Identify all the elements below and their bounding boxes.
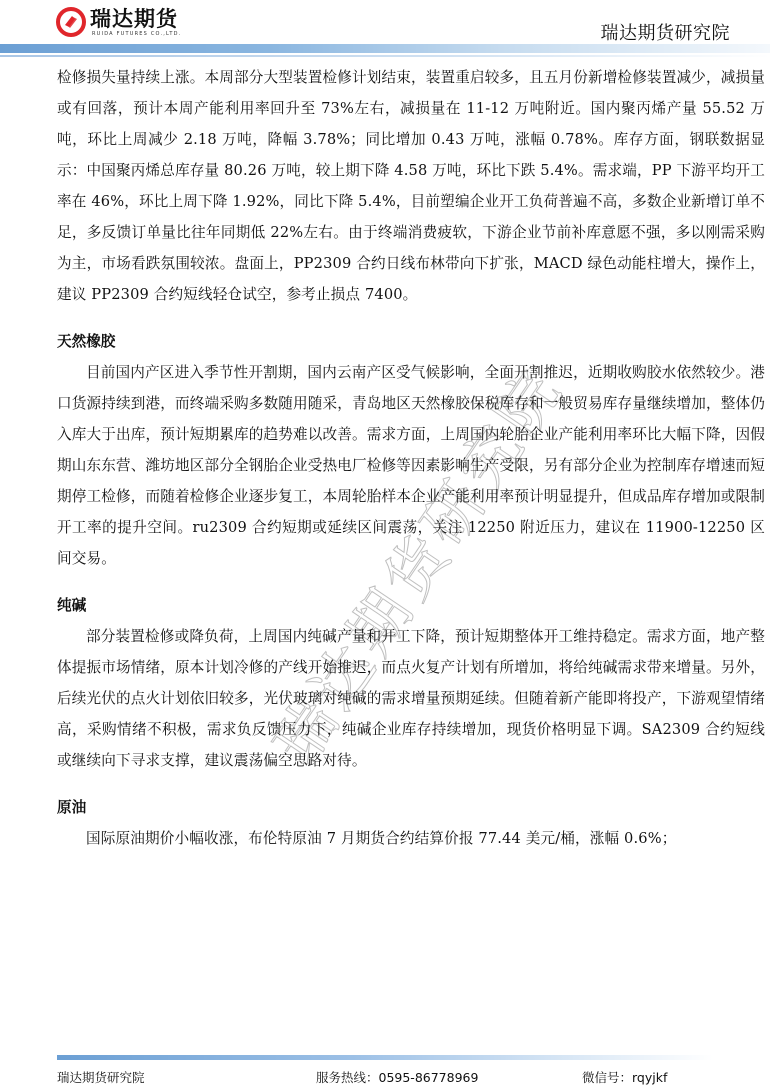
header-rule: [0, 55, 770, 57]
header-title: 瑞达期货研究院: [601, 19, 731, 45]
section-title-natural-rubber: 天然橡胶: [57, 326, 765, 357]
paragraph-natural-rubber: 目前国内产区进入季节性开割期，国内云南产区受气候影响，全面开割推迟，近期收购胶水…: [57, 357, 765, 574]
paragraph-soda-ash: 部分装置检修或降负荷，上周国内纯碱产量和开工下降，预计短期整体开工维持稳定。需求…: [57, 621, 765, 776]
section-title-soda-ash: 纯碱: [57, 590, 765, 621]
logo-chinese-name: 瑞达期货: [90, 7, 181, 31]
paragraph-crude-oil: 国际原油期价小幅收涨，布伦特原油 7 月期货合约结算价报 77.44 美元/桶，…: [57, 823, 765, 854]
footer-gradient-band: [57, 1055, 713, 1060]
footer-hotline: 服务热线：0595-86778969: [316, 1068, 478, 1086]
page-header: 瑞达期货 RUIDA FUTURES CO.,LTD. 瑞达期货研究院: [0, 0, 770, 60]
footer-org-name: 瑞达期货研究院: [57, 1068, 145, 1086]
ruida-logo-icon: [56, 7, 86, 37]
logo-english-name: RUIDA FUTURES CO.,LTD.: [92, 31, 181, 37]
report-body: 检修损失量持续上涨。本周部分大型装置检修计划结束，装置重启较多，且五月份新增检修…: [57, 62, 765, 854]
header-gradient-band: [0, 44, 770, 53]
spacer: [57, 574, 765, 590]
paragraph-polypropylene: 检修损失量持续上涨。本周部分大型装置检修计划结束，装置重启较多，且五月份新增检修…: [57, 62, 765, 310]
company-logo: 瑞达期货 RUIDA FUTURES CO.,LTD.: [56, 5, 181, 39]
spacer: [57, 776, 765, 792]
spacer: [57, 310, 765, 326]
page-footer: 瑞达期货研究院 服务热线：0595-86778969 微信号：rqyjkf: [57, 1068, 713, 1088]
section-title-crude-oil: 原油: [57, 792, 765, 823]
footer-wechat: 微信号：rqyjkf: [582, 1068, 667, 1086]
